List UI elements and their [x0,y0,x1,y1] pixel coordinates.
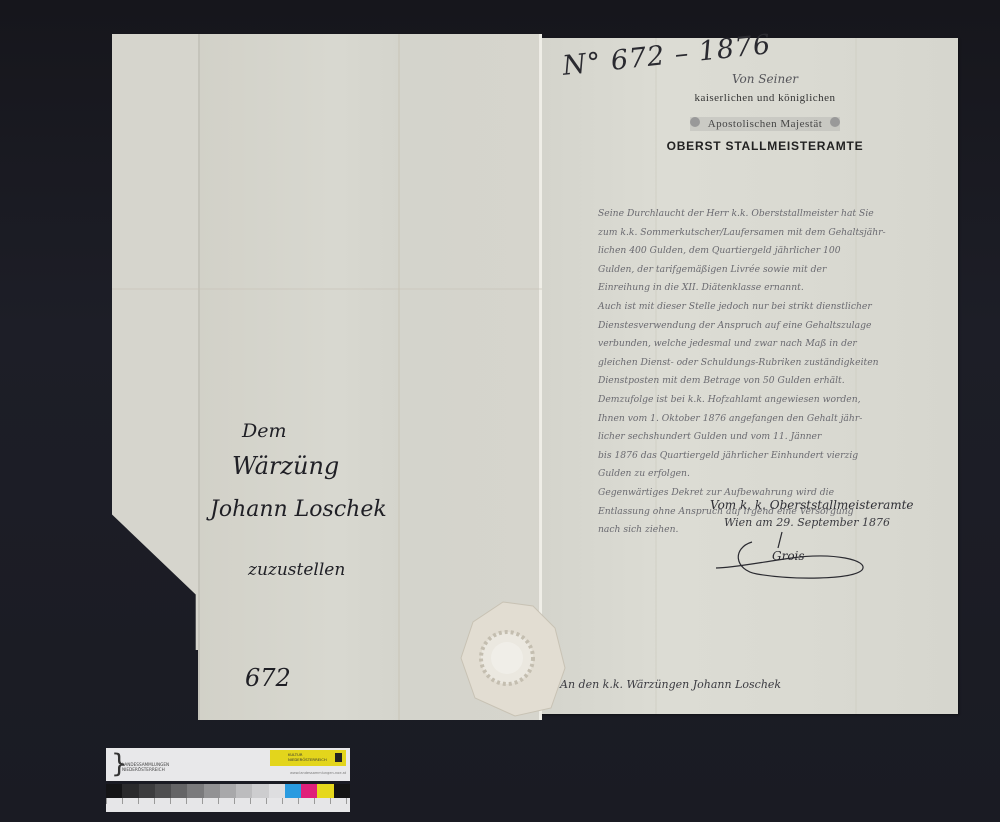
signature-text: Grois [772,549,805,563]
calibration-brand: KULTUR NIEDERÖSTERREICH [270,750,346,766]
color-swatch [187,784,203,798]
letterhead-office-name: OBERST STALLMEISTERAMTE [660,139,870,153]
color-swatch [236,784,252,798]
fold-line [112,288,542,290]
letterhead-line: kaiserlichen und königlichen [660,92,870,104]
body-line: bis 1876 das Quartiergeld jährlicher Ein… [598,447,938,466]
body-line: Dienstposten mit dem Betrage von 50 Guld… [598,372,938,391]
color-swatch [171,784,187,798]
address-line: Wärzüng [232,452,339,480]
calibration-label: } LANDESSAMMLUNGEN NIEDERÖSTERREICH KULT… [106,748,350,781]
address-line: zuzustellen [248,560,345,580]
color-calibration-card: } LANDESSAMMLUNGEN NIEDERÖSTERREICH KULT… [106,748,350,814]
color-swatch [301,784,317,798]
paper-seal-icon [455,598,575,718]
letterhead-line: Apostolischen Majestät [690,117,841,131]
brand-line: NIEDERÖSTERREICH [288,758,327,763]
org-line: NIEDERÖSTERREICH [122,767,169,772]
color-swatch [252,784,268,798]
body-line: Ihnen vom 1. Oktober 1876 angefangen den… [598,410,938,429]
body-line: Einreihung in die XII. Diätenklasse erna… [598,279,938,298]
body-line: lichen 400 Gulden, dem Quartiergeld jähr… [598,242,938,261]
address-line: Dem [242,420,287,442]
body-line: Seine Durchlaucht der Herr k.k. Oberstst… [598,205,938,224]
color-swatch [122,784,138,798]
body-line: Auch ist mit dieser Stelle jedoch nur be… [598,298,938,317]
body-line: licher sechshundert Gulden und vom 11. J… [598,428,938,447]
body-line: gleichen Dienst- oder Schuldungs-Rubrike… [598,354,938,373]
color-swatch-strip [106,784,350,798]
ruler-scale [106,798,350,812]
color-swatch [269,784,285,798]
color-swatch [204,784,220,798]
calibration-org: LANDESSAMMLUNGEN NIEDERÖSTERREICH [122,762,169,772]
letterhead-line: Von Seiner [660,72,870,86]
file-number: 672 [245,664,291,692]
dateline: Wien am 29. September 1876 [724,516,890,529]
address-recipient-name: Johann Loschek [210,497,387,522]
letter-body: Seine Durchlaucht der Herr k.k. Oberstst… [598,205,938,540]
signature-flourish-icon: Grois [712,530,872,590]
calibration-url: www.landessammlungen-noe.at [290,771,346,775]
body-line: Demzufolge ist bei k.k. Hofzahlamt angew… [598,391,938,410]
fold-line [398,34,400,720]
color-swatch [139,784,155,798]
footer-address: An den k.k. Wärzüngen Johann Loschek [560,678,781,691]
body-line: Dienstesverwendung der Anspruch auf eine… [598,317,938,336]
color-swatch [285,784,301,798]
color-swatch [106,784,122,798]
color-swatch [155,784,171,798]
body-line: verbunden, welche jedesmal und zwar nach… [598,335,938,354]
body-line: Gulden, der tarifgemäßigen Livrée sowie … [598,261,938,280]
brand-logo-icon [335,753,342,762]
color-swatch [220,784,236,798]
body-line: Gulden zu erfolgen. [598,465,938,484]
color-swatch [334,784,350,798]
closing-line: Vom k. k. Oberststallmeisteramte [710,498,914,512]
brand-text: KULTUR NIEDERÖSTERREICH [288,753,327,762]
body-line: zum k.k. Sommerkutscher/Laufersamen mit … [598,224,938,243]
fold-line [198,34,200,720]
color-swatch [317,784,333,798]
letterhead: Von Seiner kaiserlichen und königlichen … [660,72,870,153]
